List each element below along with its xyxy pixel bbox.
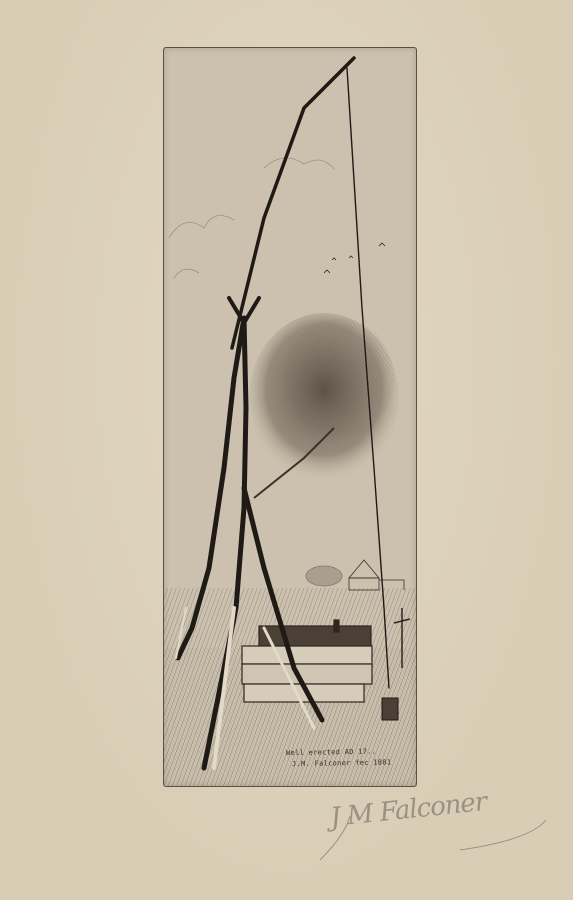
bucket (382, 698, 398, 720)
clouds (169, 158, 334, 278)
etching-plate: Well erected AD 17.. J.M. Falconer fec 1… (163, 47, 417, 787)
etching-image (164, 48, 416, 786)
farmhouse (306, 560, 404, 590)
birds (324, 243, 385, 273)
